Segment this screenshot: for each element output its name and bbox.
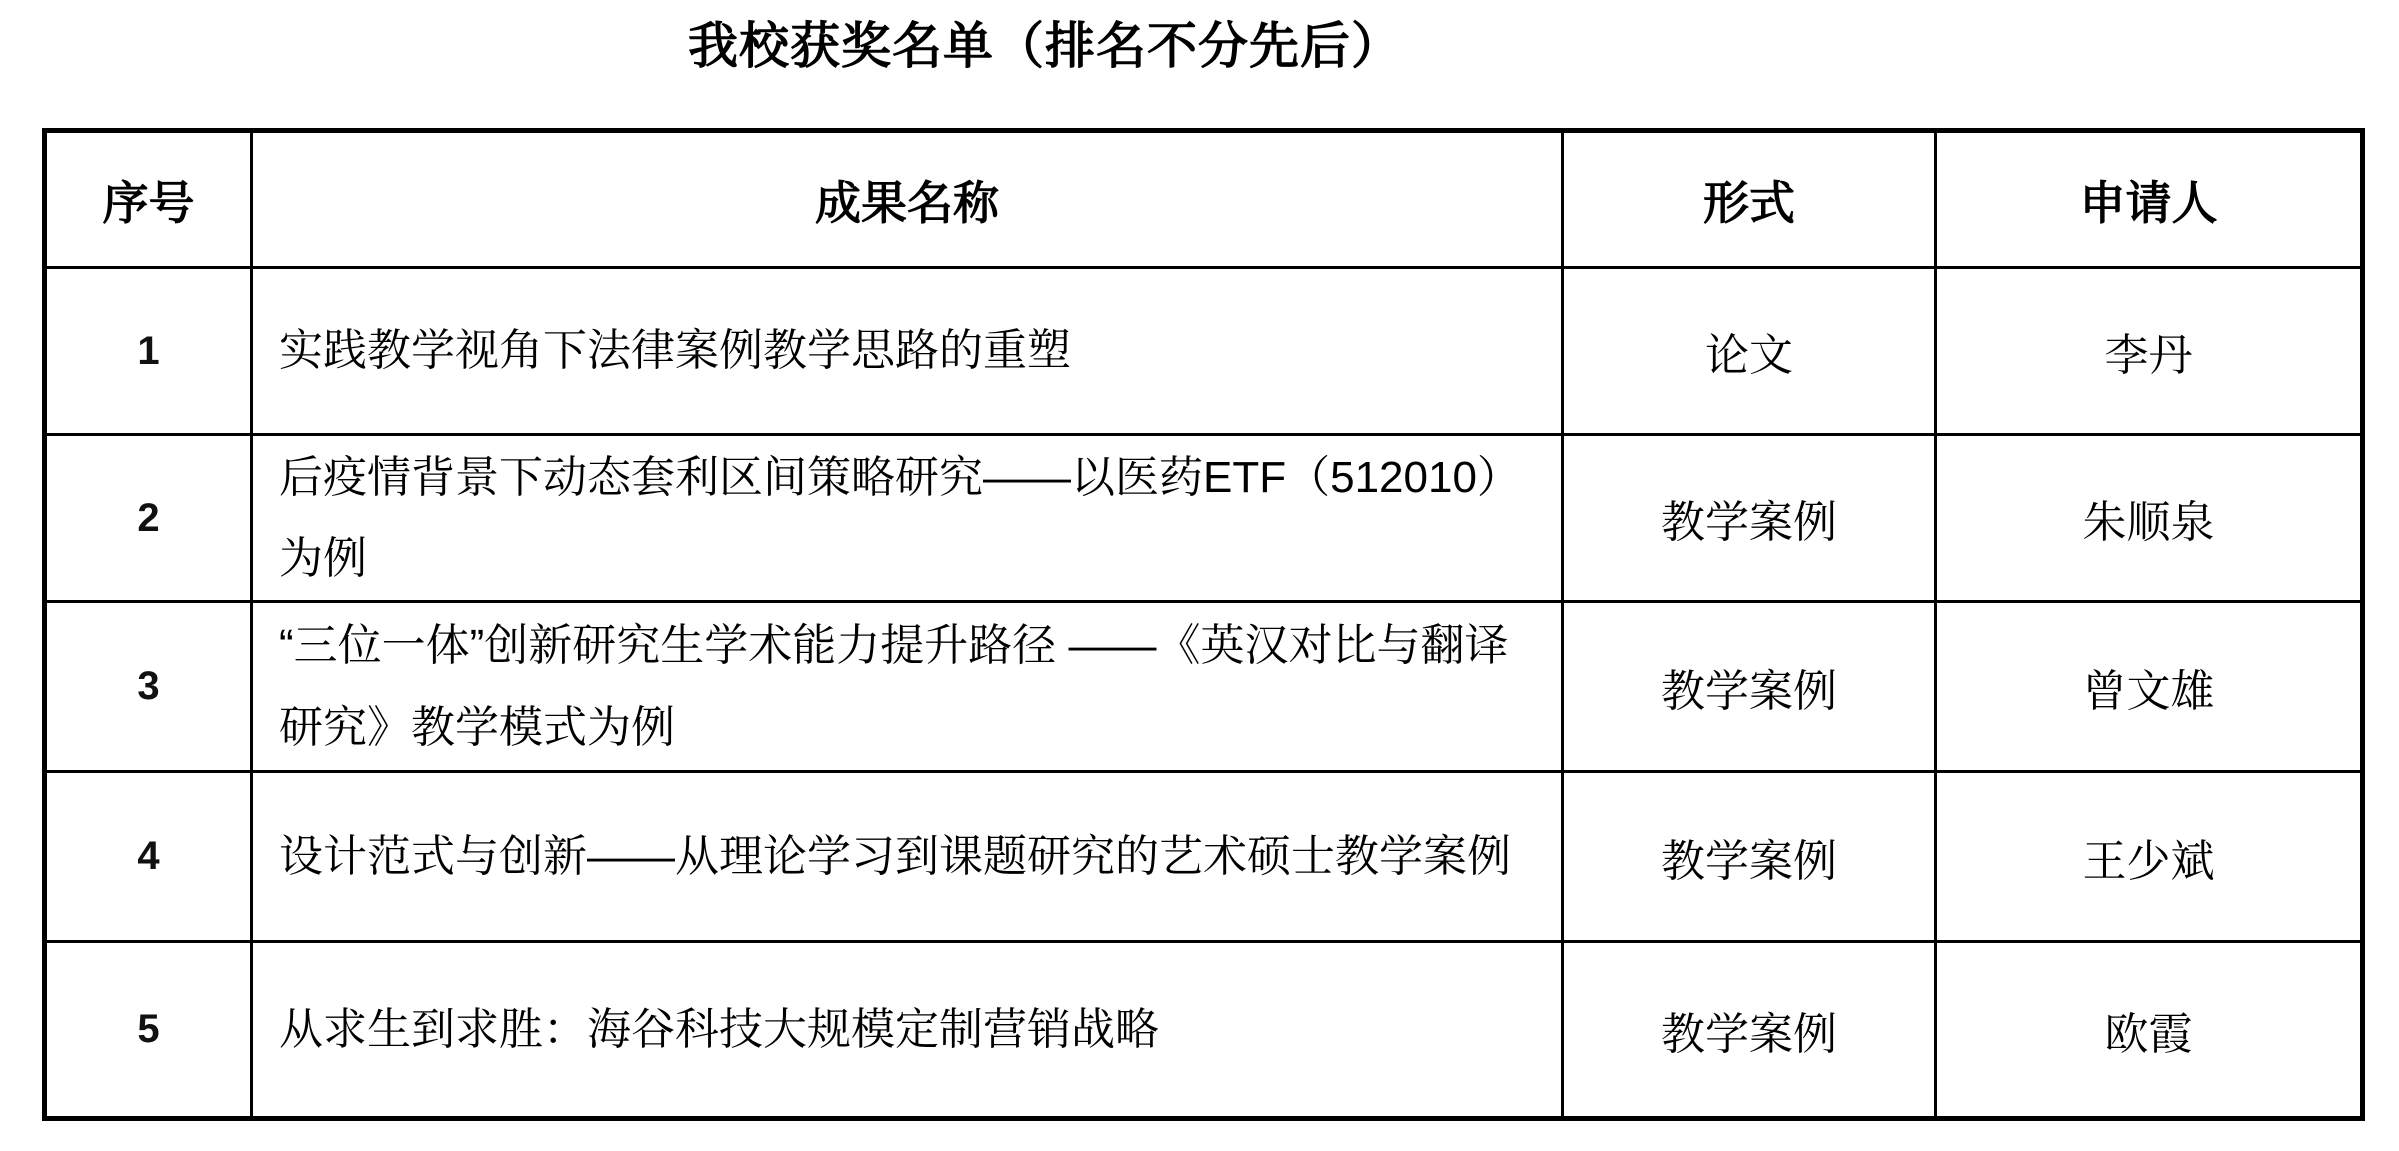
cell-no: 2 [45, 435, 252, 602]
table-row: 2 后疫情背景下动态套利区间策略研究——以医药ETF（512010）为例 教学案… [45, 435, 2363, 602]
table-row: 3 “三位一体”创新研究生学术能力提升路径 ——《英汉对比与翻译研究》教学模式为… [45, 602, 2363, 772]
table-header-row: 序号 成果名称 形式 申请人 [45, 131, 2363, 268]
cell-form: 论文 [1563, 268, 1936, 435]
cell-applicant: 李丹 [1936, 268, 2363, 435]
column-header-name: 成果名称 [252, 131, 1563, 268]
column-header-no: 序号 [45, 131, 252, 268]
page-title: 我校获奖名单（排名不分先后） [0, 6, 2090, 78]
cell-applicant: 朱顺泉 [1936, 435, 2363, 602]
cell-form: 教学案例 [1563, 942, 1936, 1119]
cell-name: “三位一体”创新研究生学术能力提升路径 ——《英汉对比与翻译研究》教学模式为例 [252, 602, 1563, 772]
column-header-applicant: 申请人 [1936, 131, 2363, 268]
cell-no: 4 [45, 772, 252, 942]
cell-form: 教学案例 [1563, 435, 1936, 602]
cell-applicant: 欧霞 [1936, 942, 2363, 1119]
cell-applicant: 曾文雄 [1936, 602, 2363, 772]
cell-form: 教学案例 [1563, 602, 1936, 772]
award-list-table: 序号 成果名称 形式 申请人 1 实践教学视角下法律案例教学思路的重塑 论文 李… [42, 128, 2365, 1121]
cell-no: 1 [45, 268, 252, 435]
cell-applicant: 王少斌 [1936, 772, 2363, 942]
cell-no: 3 [45, 602, 252, 772]
column-header-form: 形式 [1563, 131, 1936, 268]
cell-name: 后疫情背景下动态套利区间策略研究——以医药ETF（512010）为例 [252, 435, 1563, 602]
cell-name: 实践教学视角下法律案例教学思路的重塑 [252, 268, 1563, 435]
table-row: 5 从求生到求胜：海谷科技大规模定制营销战略 教学案例 欧霞 [45, 942, 2363, 1119]
cell-no: 5 [45, 942, 252, 1119]
cell-name: 从求生到求胜：海谷科技大规模定制营销战略 [252, 942, 1563, 1119]
cell-name: 设计范式与创新——从理论学习到课题研究的艺术硕士教学案例 [252, 772, 1563, 942]
document-page: 我校获奖名单（排名不分先后） 序号 成果名称 形式 申请人 1 实践教学视角下法… [0, 0, 2399, 1151]
table-row: 1 实践教学视角下法律案例教学思路的重塑 论文 李丹 [45, 268, 2363, 435]
cell-form: 教学案例 [1563, 772, 1936, 942]
table-row: 4 设计范式与创新——从理论学习到课题研究的艺术硕士教学案例 教学案例 王少斌 [45, 772, 2363, 942]
